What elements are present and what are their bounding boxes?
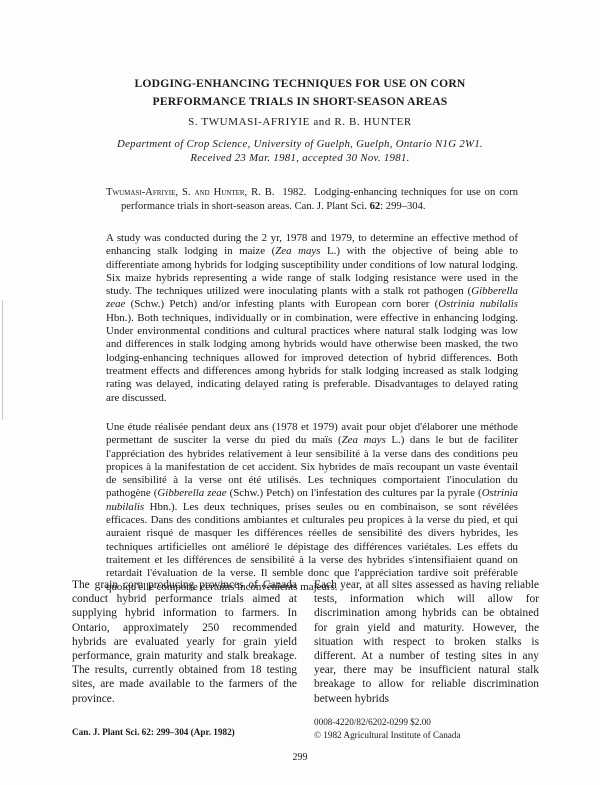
citation-block: Twumasi-Afriyie, S. and Hunter, R. B. 19… [106,186,518,213]
authors: S. TWUMASI-AFRIYIE and R. B. HUNTER [0,116,600,128]
species-name: Zea mays [342,434,386,446]
abstract-english: A study was conducted during the 2 yr, 1… [106,232,518,405]
title-line-1: LODGING-ENHANCING TECHNIQUES FOR USE ON … [0,75,600,93]
citation-pages: : 299–304. [380,201,425,212]
affiliation-block: Department of Crop Science, University o… [0,137,600,165]
affiliation: Department of Crop Science, University o… [0,137,600,151]
citation-author-1: Twumasi-Afriyie, S. [106,187,191,198]
species-name: Ostrinia nubilalis [438,298,518,310]
scan-margin-mark [2,300,3,420]
received-dates: Received 23 Mar. 1981, accepted 30 Nov. … [0,151,600,165]
abstract-fr-text-3: (Schw.) Petch) on l'infestation des cult… [227,487,482,499]
page-number: 299 [0,752,600,763]
citation-journal: Can. J. Plant Sci. [295,201,367,212]
body-column-right: Each year, at all sites assessed as havi… [314,578,539,706]
species-name: Zea mays [275,245,320,257]
footer-journal-citation: Can. J. Plant Sci. 62: 299–304 (Apr. 198… [72,727,235,737]
citation-and: and [194,187,209,198]
footer-copyright: © 1982 Agricultural Institute of Canada [314,729,461,742]
abstract-french: Une étude réalisée pendant deux ans (197… [106,421,518,594]
footer-code: 0008-4220/82/6202-0299 $2.00 [314,716,461,729]
article-title: LODGING-ENHANCING TECHNIQUES FOR USE ON … [0,75,600,111]
citation-volume: 62 [370,201,381,212]
species-name: Gibberella zeae [157,487,226,499]
citation-year: 1982. [282,187,306,198]
body-column-left: The grain corn producing provinces of Ca… [72,578,297,706]
citation-author-2: Hunter, R. B. [214,187,275,198]
title-line-2: PERFORMANCE TRIALS IN SHORT-SEASON AREAS [0,93,600,111]
abstract-en-text-4: Hbn.). Both techniques, individually or … [106,312,518,404]
abstract-en-text-3: (Schw.) Petch) and/or infesting plants w… [125,298,438,310]
footer-copyright-block: 0008-4220/82/6202-0299 $2.00 © 1982 Agri… [314,716,461,741]
